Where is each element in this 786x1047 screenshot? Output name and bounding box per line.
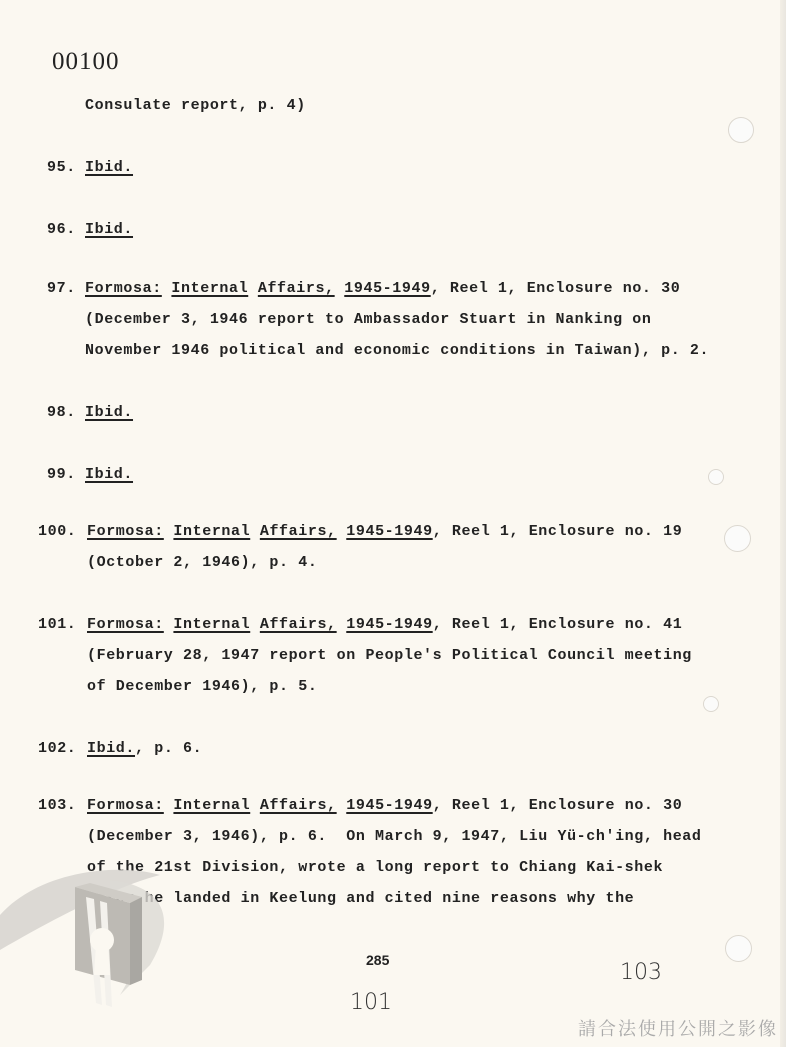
footnote-line: Ibid. <box>85 404 133 421</box>
text-span: (February 28, 1947 report on People's Po… <box>87 647 692 664</box>
footnote-line: of the 21st Division, wrote a long repor… <box>87 859 663 876</box>
underlined-title: Ibid. <box>85 466 133 483</box>
footnote-line: Formosa: Internal Affairs, 1945-1949, Re… <box>87 797 682 814</box>
handwritten-number: 101 <box>350 990 392 1015</box>
footnote-line: Ibid. <box>85 221 133 238</box>
text-span: (October 2, 1946), p. 4. <box>87 554 317 571</box>
text-span <box>250 616 260 633</box>
underlined-title: Affairs, <box>260 523 337 540</box>
text-span <box>164 616 174 633</box>
underlined-title: Formosa: <box>87 797 164 814</box>
text-span <box>337 616 347 633</box>
archive-stamp-number: 00100 <box>52 48 120 76</box>
underlined-title: Affairs, <box>260 616 337 633</box>
punch-hole <box>728 117 754 143</box>
underlined-title: 1945-1949 <box>346 523 432 540</box>
underlined-title: Internal <box>171 280 248 297</box>
watermark-text: 請合法使用公開之影像 <box>578 1015 778 1041</box>
text-span: of December 1946), p. 5. <box>87 678 317 695</box>
footnote-number: 96. <box>47 221 76 238</box>
footnote-line: Ibid. <box>85 466 133 483</box>
text-span: , Reel 1, Enclosure no. 19 <box>433 523 683 540</box>
underlined-title: Affairs, <box>260 797 337 814</box>
underlined-title: Ibid. <box>87 740 135 757</box>
text-span <box>337 797 347 814</box>
footnote-number: 102. <box>38 740 76 757</box>
punch-hole <box>708 469 724 485</box>
text-span: November 1946 political and economic con… <box>85 342 709 359</box>
footnote-number: 97. <box>47 280 76 297</box>
text-span: , Reel 1, Enclosure no. 30 <box>433 797 683 814</box>
footnote-line: after he landed in Keelung and cited nin… <box>87 890 634 907</box>
text-span: after he landed in Keelung and cited nin… <box>87 890 634 907</box>
footnote-line: (December 3, 1946), p. 6. On March 9, 19… <box>87 828 702 845</box>
underlined-title: Internal <box>173 797 250 814</box>
text-span: (December 3, 1946 report to Ambassador S… <box>85 311 652 328</box>
footnote-line: of December 1946), p. 5. <box>87 678 317 695</box>
text-span <box>337 523 347 540</box>
page-number: 285 <box>366 952 389 968</box>
footnote-line: Ibid. <box>85 159 133 176</box>
text-span <box>164 523 174 540</box>
text-span: , p. 6. <box>135 740 202 757</box>
footnote-number: 95. <box>47 159 76 176</box>
underlined-title: Ibid. <box>85 404 133 421</box>
footnote-number: 98. <box>47 404 76 421</box>
text-span: (December 3, 1946), p. 6. On March 9, 19… <box>87 828 702 845</box>
footnote-number: 101. <box>38 616 76 633</box>
punch-hole <box>703 696 719 712</box>
underlined-title: Formosa: <box>87 616 164 633</box>
underlined-title: Ibid. <box>85 221 133 238</box>
footnote-line: Formosa: Internal Affairs, 1945-1949, Re… <box>87 616 682 633</box>
footnote-number: 100. <box>38 523 76 540</box>
footnote-line: (October 2, 1946), p. 4. <box>87 554 317 571</box>
footnote-number: 103. <box>38 797 76 814</box>
punch-hole <box>725 935 752 962</box>
handwritten-number: 103 <box>620 960 662 985</box>
underlined-title: Ibid. <box>85 159 133 176</box>
text-span <box>250 797 260 814</box>
footnote-line: (December 3, 1946 report to Ambassador S… <box>85 311 652 328</box>
text-span: of the 21st Division, wrote a long repor… <box>87 859 663 876</box>
page-edge <box>780 0 786 1047</box>
footnote-line: Ibid., p. 6. <box>87 740 202 757</box>
footnote-line: November 1946 political and economic con… <box>85 342 709 359</box>
underlined-title: Internal <box>173 523 250 540</box>
text-span <box>335 280 345 297</box>
underlined-title: 1945-1949 <box>344 280 430 297</box>
text-span <box>248 280 258 297</box>
punch-hole <box>724 525 751 552</box>
footnote-line: Formosa: Internal Affairs, 1945-1949, Re… <box>85 280 680 297</box>
footnote-line: Formosa: Internal Affairs, 1945-1949, Re… <box>87 523 682 540</box>
text-span: , Reel 1, Enclosure no. 30 <box>431 280 681 297</box>
text-span <box>164 797 174 814</box>
footnote-number: 99. <box>47 466 76 483</box>
underlined-title: Affairs, <box>258 280 335 297</box>
continuation-line: Consulate report, p. 4) <box>85 97 306 114</box>
underlined-title: Internal <box>173 616 250 633</box>
text-span <box>250 523 260 540</box>
underlined-title: 1945-1949 <box>346 797 432 814</box>
underlined-title: 1945-1949 <box>346 616 432 633</box>
text-span <box>162 280 172 297</box>
underlined-title: Formosa: <box>87 523 164 540</box>
underlined-title: Formosa: <box>85 280 162 297</box>
footnote-line: (February 28, 1947 report on People's Po… <box>87 647 692 664</box>
text-span: , Reel 1, Enclosure no. 41 <box>433 616 683 633</box>
